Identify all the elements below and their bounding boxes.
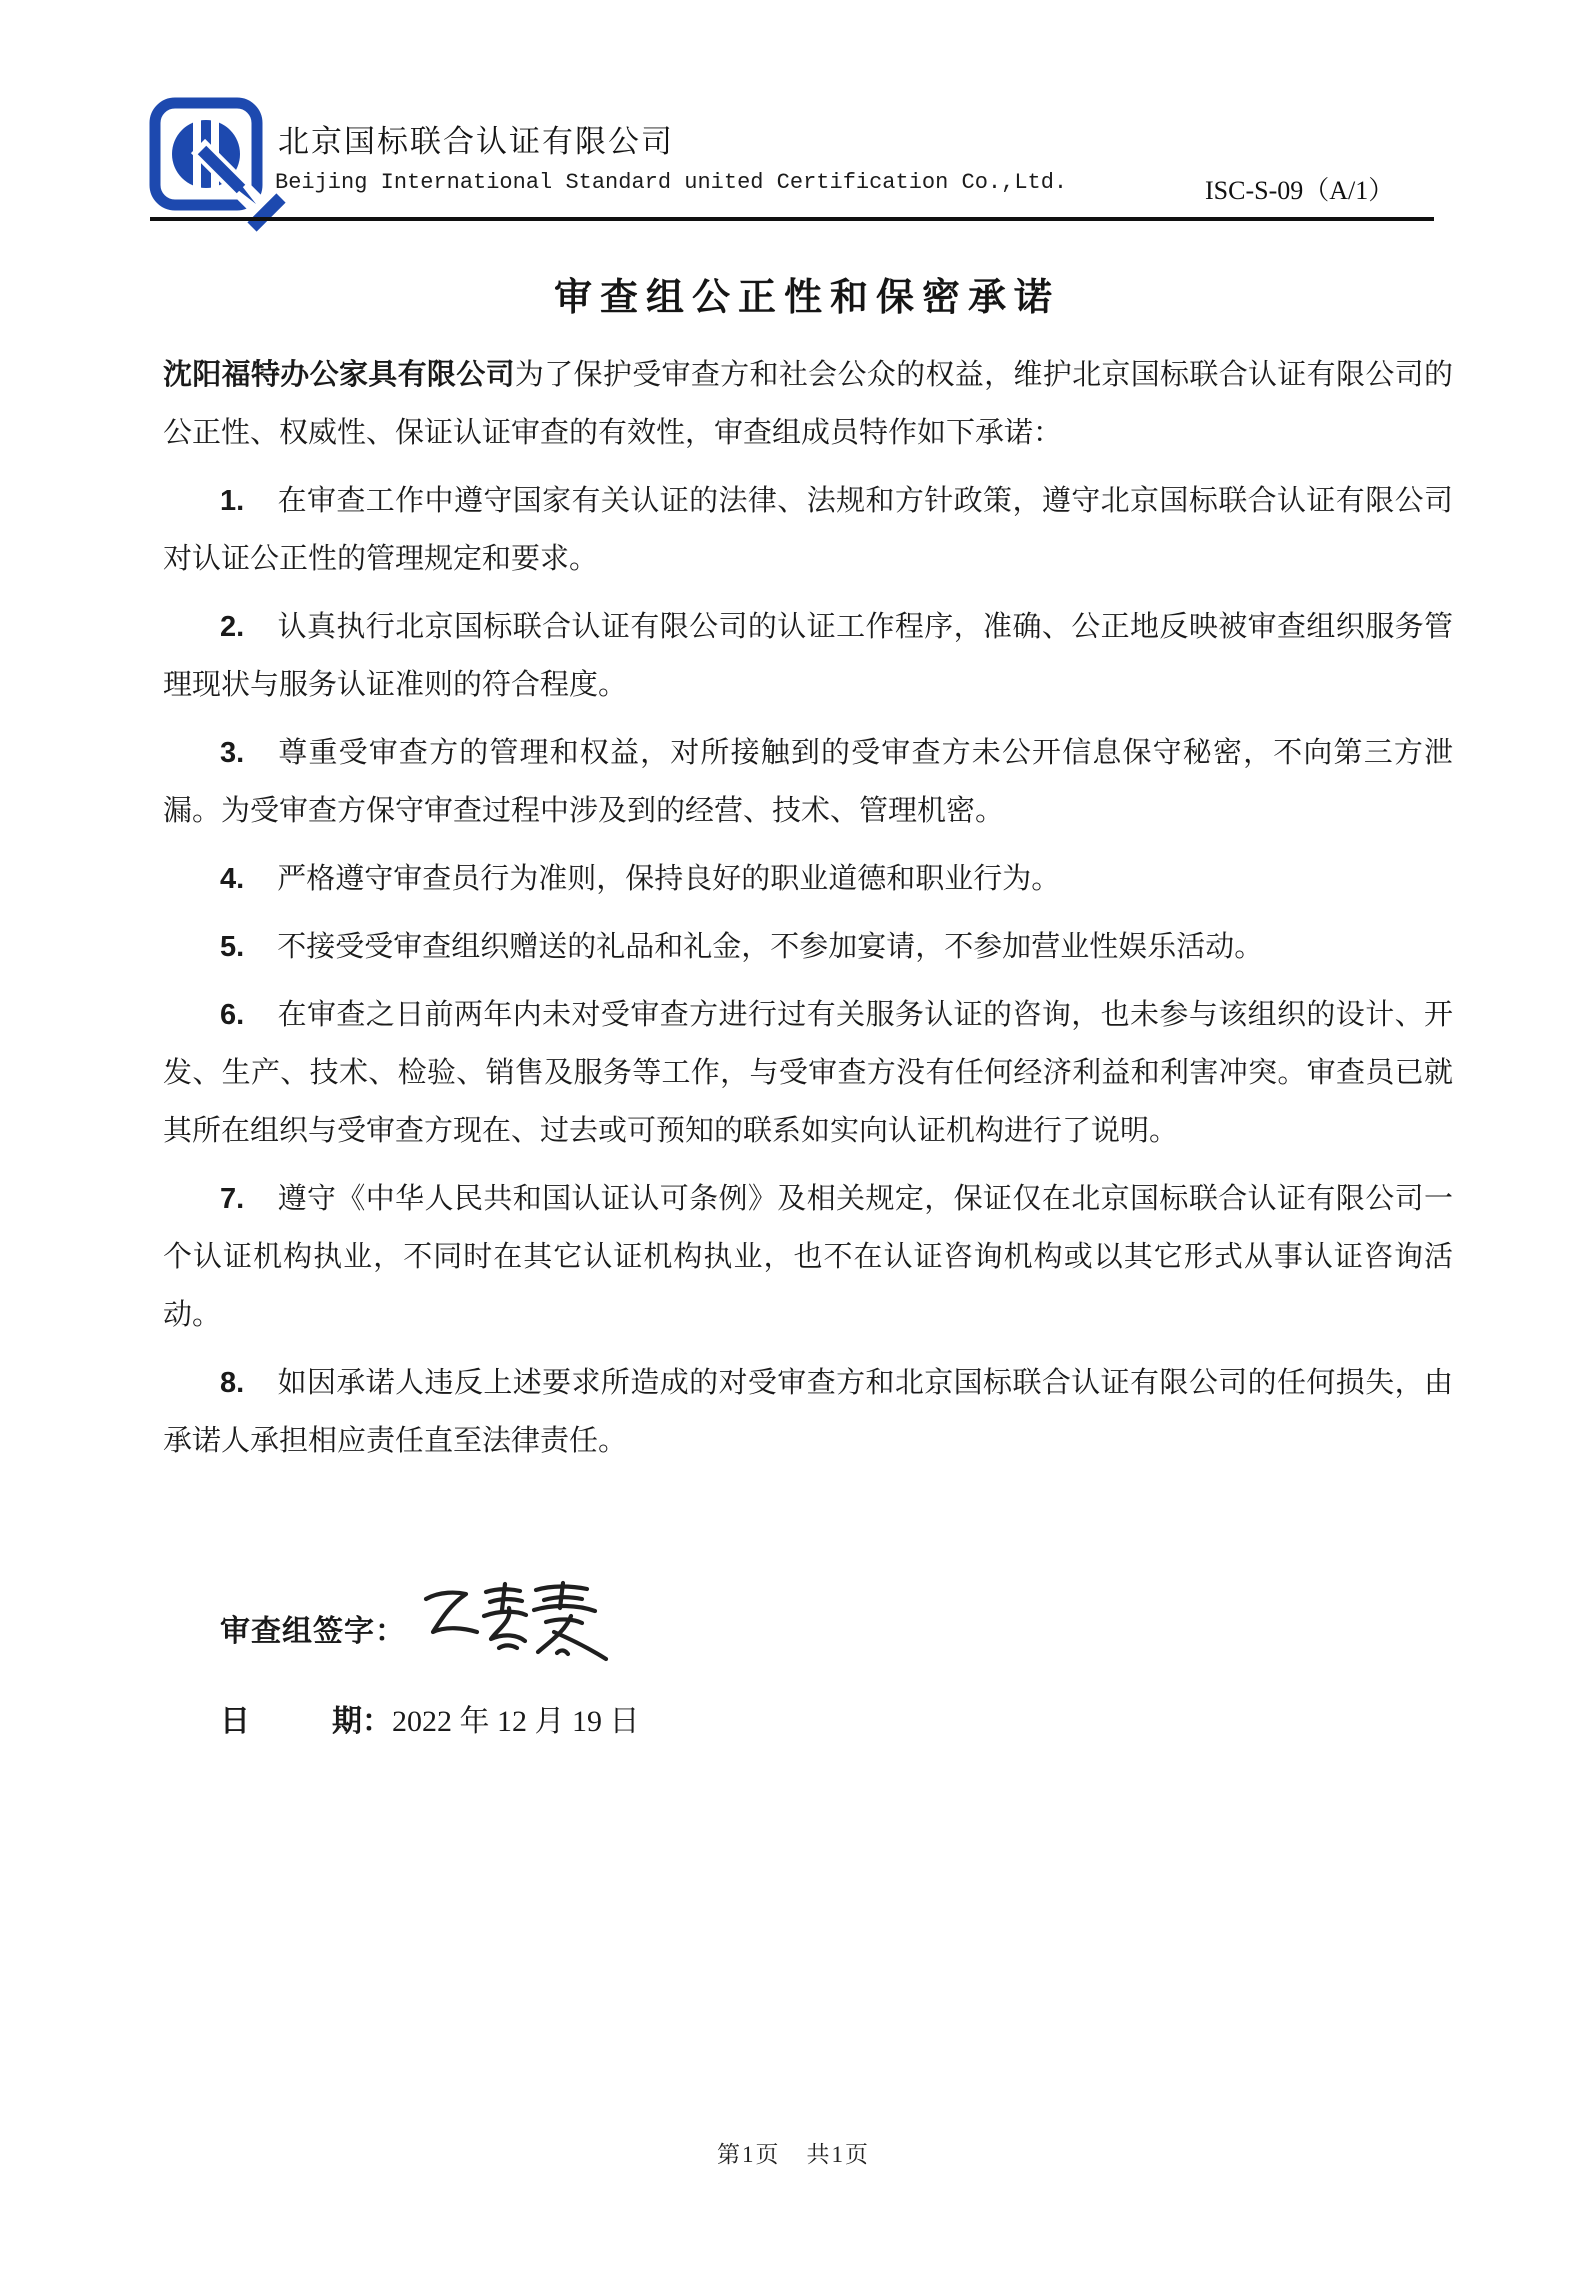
date-row: 日期：2022 年 12 月 19 日 <box>220 1696 1120 1744</box>
commitment-item-8: 8.如因承诺人违反上述要求所造成的对受审查方和北京国标联合认证有限公司的任何损失… <box>163 1354 1453 1470</box>
item-text: 认真执行北京国标联合认证有限公司的认证工作程序，准确、公正地反映被审查组织服务管… <box>163 611 1453 701</box>
item-number: 2. <box>220 611 277 643</box>
commitment-item-7: 7.遵守《中华人民共和国认证认可条例》及相关规定，保证仅在北京国标联合认证有限公… <box>163 1170 1453 1344</box>
intro-company-bold: 沈阳福特办公家具有限公司 <box>163 359 515 391</box>
item-text: 遵守《中华人民共和国认证认可条例》及相关规定，保证仅在北京国标联合认证有限公司一… <box>163 1183 1453 1331</box>
item-number: 5. <box>220 931 277 963</box>
signature-label: 审查组签字： <box>220 1606 406 1650</box>
commitment-item-3: 3.尊重受审查方的管理和权益，对所接触到的受审查方未公开信息保守秘密，不向第三方… <box>163 724 1453 840</box>
footer-page-current: 第1页 <box>717 2142 781 2167</box>
item-number: 3. <box>220 737 277 769</box>
header-rule <box>150 217 1434 221</box>
item-number: 6. <box>220 999 277 1031</box>
commitment-item-6: 6.在审查之日前两年内未对受审查方进行过有关服务认证的咨询，也未参与该组织的设计… <box>163 986 1453 1160</box>
item-text: 严格遵守审查员行为准则，保持良好的职业道德和职业行为。 <box>277 863 1060 895</box>
page-footer: 第1页共1页 <box>0 2136 1587 2169</box>
item-number: 4. <box>220 863 277 895</box>
item-number: 7. <box>220 1183 277 1215</box>
document-page: 北京国标联合认证有限公司 Beijing International Stand… <box>0 0 1587 2286</box>
commitment-item-1: 1.在审查工作中遵守国家有关认证的法律、法规和方针政策，遵守北京国标联合认证有限… <box>163 472 1453 588</box>
company-name-cn: 北京国标联合认证有限公司 <box>278 116 674 161</box>
item-text: 在审查之日前两年内未对受审查方进行过有关服务认证的咨询，也未参与该组织的设计、开… <box>163 999 1453 1147</box>
intro-paragraph: 沈阳福特办公家具有限公司为了保护受审查方和社会公众的权益，维护北京国标联合认证有… <box>163 346 1453 462</box>
item-number: 1. <box>220 485 277 517</box>
company-name-en: Beijing International Standard united Ce… <box>275 170 1067 195</box>
item-text: 在审查工作中遵守国家有关认证的法律、法规和方针政策，遵守北京国标联合认证有限公司… <box>163 485 1453 575</box>
date-value: 2022 年 12 月 19 日 <box>392 1705 640 1738</box>
commitment-item-2: 2.认真执行北京国标联合认证有限公司的认证工作程序，准确、公正地反映被审查组织服… <box>163 598 1453 714</box>
date-label-qi: 期： <box>332 1705 392 1738</box>
signature-block: 审查组签字： 日 <box>220 1592 1120 1744</box>
signature-row: 审查组签字： <box>220 1592 1120 1664</box>
item-text: 不接受受审查组织赠送的礼品和礼金，不参加宴请，不参加营业性娱乐活动。 <box>277 931 1263 963</box>
footer-page-total: 共1页 <box>807 2142 871 2167</box>
handwritten-signature <box>420 1577 610 1663</box>
item-text: 尊重受审查方的管理和权益，对所接触到的受审查方未公开信息保守秘密，不向第三方泄漏… <box>163 737 1453 827</box>
document-body: 沈阳福特办公家具有限公司为了保护受审查方和社会公众的权益，维护北京国标联合认证有… <box>163 346 1453 1480</box>
document-title: 审查组公正性和保密承诺 <box>163 266 1451 321</box>
doc-code: ISC-S-09（A/1） <box>1205 170 1394 207</box>
item-text: 如因承诺人违反上述要求所造成的对受审查方和北京国标联合认证有限公司的任何损失，由… <box>163 1367 1453 1457</box>
commitment-item-5: 5.不接受受审查组织赠送的礼品和礼金，不参加宴请，不参加营业性娱乐活动。 <box>163 918 1453 976</box>
date-label-day: 日 <box>220 1705 250 1738</box>
item-number: 8. <box>220 1367 277 1399</box>
commitment-item-4: 4.严格遵守审查员行为准则，保持良好的职业道德和职业行为。 <box>163 850 1453 908</box>
